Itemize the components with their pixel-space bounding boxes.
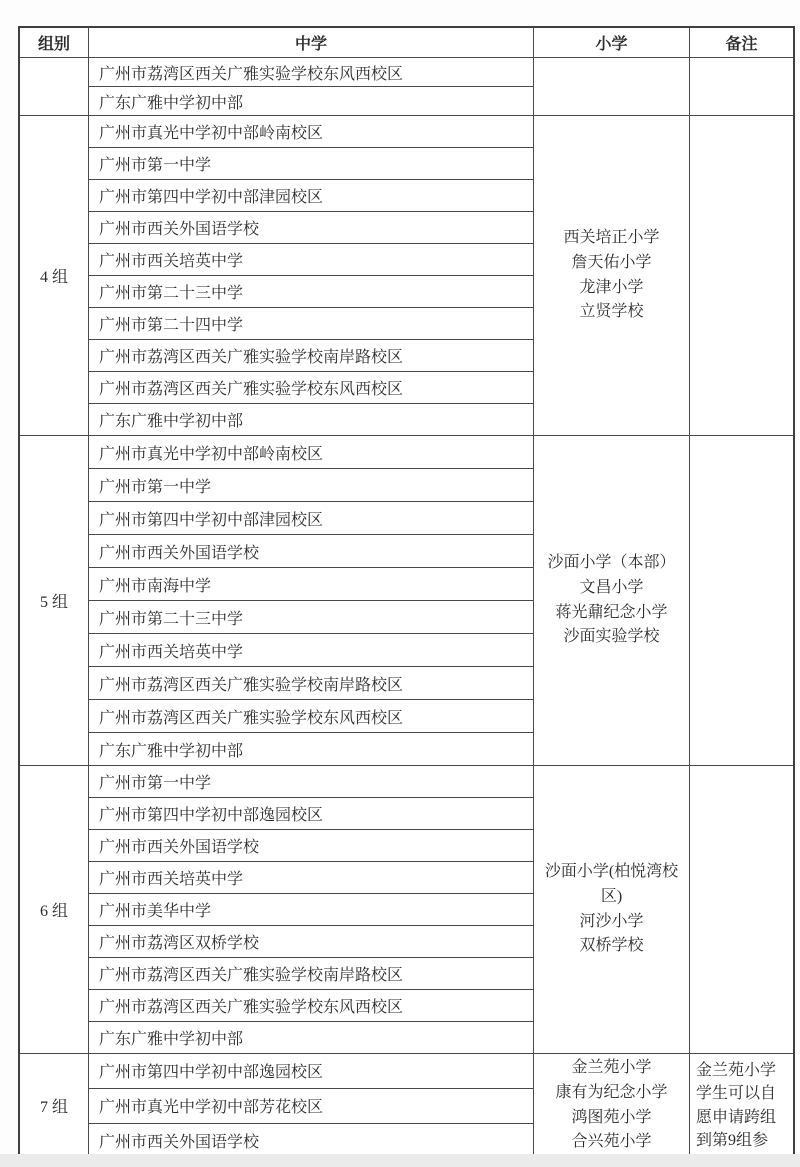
middle-school-cell: 广州市真光中学初中部岭南校区: [89, 116, 534, 148]
group-label-cell: 4 组: [19, 116, 89, 436]
primary-school-item: 西关培正小学: [542, 226, 681, 251]
remark-cell: [690, 436, 795, 766]
primary-school-item: 鸿图苑小学: [542, 1106, 681, 1131]
group-label-cell: 6 组: [19, 766, 89, 1054]
middle-school-cell: 广州市西关培英中学: [89, 862, 534, 894]
primary-school-item: 沙面实验学校: [542, 625, 681, 650]
primary-school-item: 河沙小学: [542, 910, 681, 935]
table-header-row: 组别 中学 小学 备注: [19, 27, 794, 58]
primary-school-item: 康有为纪念小学: [542, 1081, 681, 1106]
primary-school-item: 文昌小学: [542, 576, 681, 601]
middle-school-cell: 广东广雅中学初中部: [89, 404, 534, 436]
middle-school-cell: 广州市第一中学: [89, 469, 534, 502]
primary-school-item: 金兰苑小学: [542, 1056, 681, 1081]
middle-school-cell: 广东广雅中学初中部: [89, 733, 534, 766]
primary-school-item: 沙面小学（本部）: [542, 551, 681, 576]
header-remark: 备注: [690, 27, 795, 58]
middle-school-cell: 广州市荔湾区双桥学校: [89, 926, 534, 958]
middle-school-cell: 广州市第一中学: [89, 148, 534, 180]
group-label-cell: 5 组: [19, 436, 89, 766]
primary-school-list: 西关培正小学詹天佑小学龙津小学立贤学校: [534, 116, 690, 436]
middle-school-cell: 广州市荔湾区西关广雅实验学校南岸路校区: [89, 958, 534, 990]
school-groups-table: 组别 中学 小学 备注 广州市荔湾区西关广雅实验学校东风西校区广东广雅中学初中部…: [18, 26, 795, 1159]
middle-school-cell: 广东广雅中学初中部: [89, 1022, 534, 1054]
primary-school-item: 沙面小学(柏悦湾校区): [542, 860, 681, 910]
middle-school-cell: 广州市南海中学: [89, 568, 534, 601]
middle-school-cell: 广东广雅中学初中部: [89, 87, 534, 116]
primary-school-item: 蒋光鼐纪念小学: [542, 601, 681, 626]
primary-school-list: 沙面小学（本部）文昌小学蒋光鼐纪念小学沙面实验学校: [534, 436, 690, 766]
header-primary-school: 小学: [534, 27, 690, 58]
middle-school-cell: 广州市荔湾区西关广雅实验学校东风西校区: [89, 700, 534, 733]
group-label-cell: [19, 58, 89, 116]
middle-school-cell: 广州市第四中学初中部逸园校区: [89, 1054, 534, 1089]
middle-school-cell: 广州市西关外国语学校: [89, 830, 534, 862]
table-row: 7 组广州市第四中学初中部逸园校区金兰苑小学康有为纪念小学鸿图苑小学合兴苑小学金…: [19, 1054, 794, 1089]
primary-school-list: 沙面小学(柏悦湾校区)河沙小学双桥学校: [534, 766, 690, 1054]
middle-school-cell: 广州市第二十三中学: [89, 276, 534, 308]
middle-school-cell: 广州市荔湾区西关广雅实验学校南岸路校区: [89, 340, 534, 372]
primary-school-list: 金兰苑小学康有为纪念小学鸿图苑小学合兴苑小学: [534, 1054, 690, 1159]
primary-school-item: 合兴苑小学: [542, 1130, 681, 1155]
middle-school-cell: 广州市荔湾区西关广雅实验学校东风西校区: [89, 372, 534, 404]
middle-school-cell: 广州市西关外国语学校: [89, 535, 534, 568]
middle-school-cell: 广州市第二十三中学: [89, 601, 534, 634]
middle-school-cell: 广州市第二十四中学: [89, 308, 534, 340]
middle-school-cell: 广州市荔湾区西关广雅实验学校南岸路校区: [89, 667, 534, 700]
page: 组别 中学 小学 备注 广州市荔湾区西关广雅实验学校东风西校区广东广雅中学初中部…: [0, 0, 800, 1167]
middle-school-cell: 广州市荔湾区西关广雅实验学校东风西校区: [89, 990, 534, 1022]
middle-school-cell: 广州市真光中学初中部岭南校区: [89, 436, 534, 469]
middle-school-cell: 广州市真光中学初中部芳花校区: [89, 1088, 534, 1123]
table-row: 5 组广州市真光中学初中部岭南校区沙面小学（本部）文昌小学蒋光鼐纪念小学沙面实验…: [19, 436, 794, 469]
middle-school-cell: 广州市西关外国语学校: [89, 1123, 534, 1158]
middle-school-cell: 广州市第四中学初中部逸园校区: [89, 798, 534, 830]
table-row: 4 组广州市真光中学初中部岭南校区西关培正小学詹天佑小学龙津小学立贤学校: [19, 116, 794, 148]
header-middle-school: 中学: [89, 27, 534, 58]
middle-school-cell: 广州市第四中学初中部津园校区: [89, 180, 534, 212]
header-group: 组别: [19, 27, 89, 58]
middle-school-cell: 广州市美华中学: [89, 894, 534, 926]
table-row: 广州市荔湾区西关广雅实验学校东风西校区: [19, 58, 794, 87]
middle-school-cell: 广州市西关外国语学校: [89, 212, 534, 244]
middle-school-cell: 广州市西关培英中学: [89, 244, 534, 276]
remark-cell: [690, 766, 795, 1054]
primary-school-item: 龙津小学: [542, 276, 681, 301]
primary-school-item: 双桥学校: [542, 934, 681, 959]
remark-cell: [690, 58, 795, 116]
remark-cell: [690, 116, 795, 436]
middle-school-cell: 广州市第一中学: [89, 766, 534, 798]
primary-school-item: 立贤学校: [542, 300, 681, 325]
middle-school-cell: 广州市第四中学初中部津园校区: [89, 502, 534, 535]
table-row: 6 组广州市第一中学沙面小学(柏悦湾校区)河沙小学双桥学校: [19, 766, 794, 798]
remark-cell: 金兰苑小学学生可以自愿申请跨组到第9组参: [690, 1054, 795, 1159]
group-label-cell: 7 组: [19, 1054, 89, 1159]
page-bottom-edge: [0, 1154, 800, 1167]
primary-school-list: [534, 58, 690, 116]
primary-school-item: 詹天佑小学: [542, 251, 681, 276]
middle-school-cell: 广州市西关培英中学: [89, 634, 534, 667]
middle-school-cell: 广州市荔湾区西关广雅实验学校东风西校区: [89, 58, 534, 87]
